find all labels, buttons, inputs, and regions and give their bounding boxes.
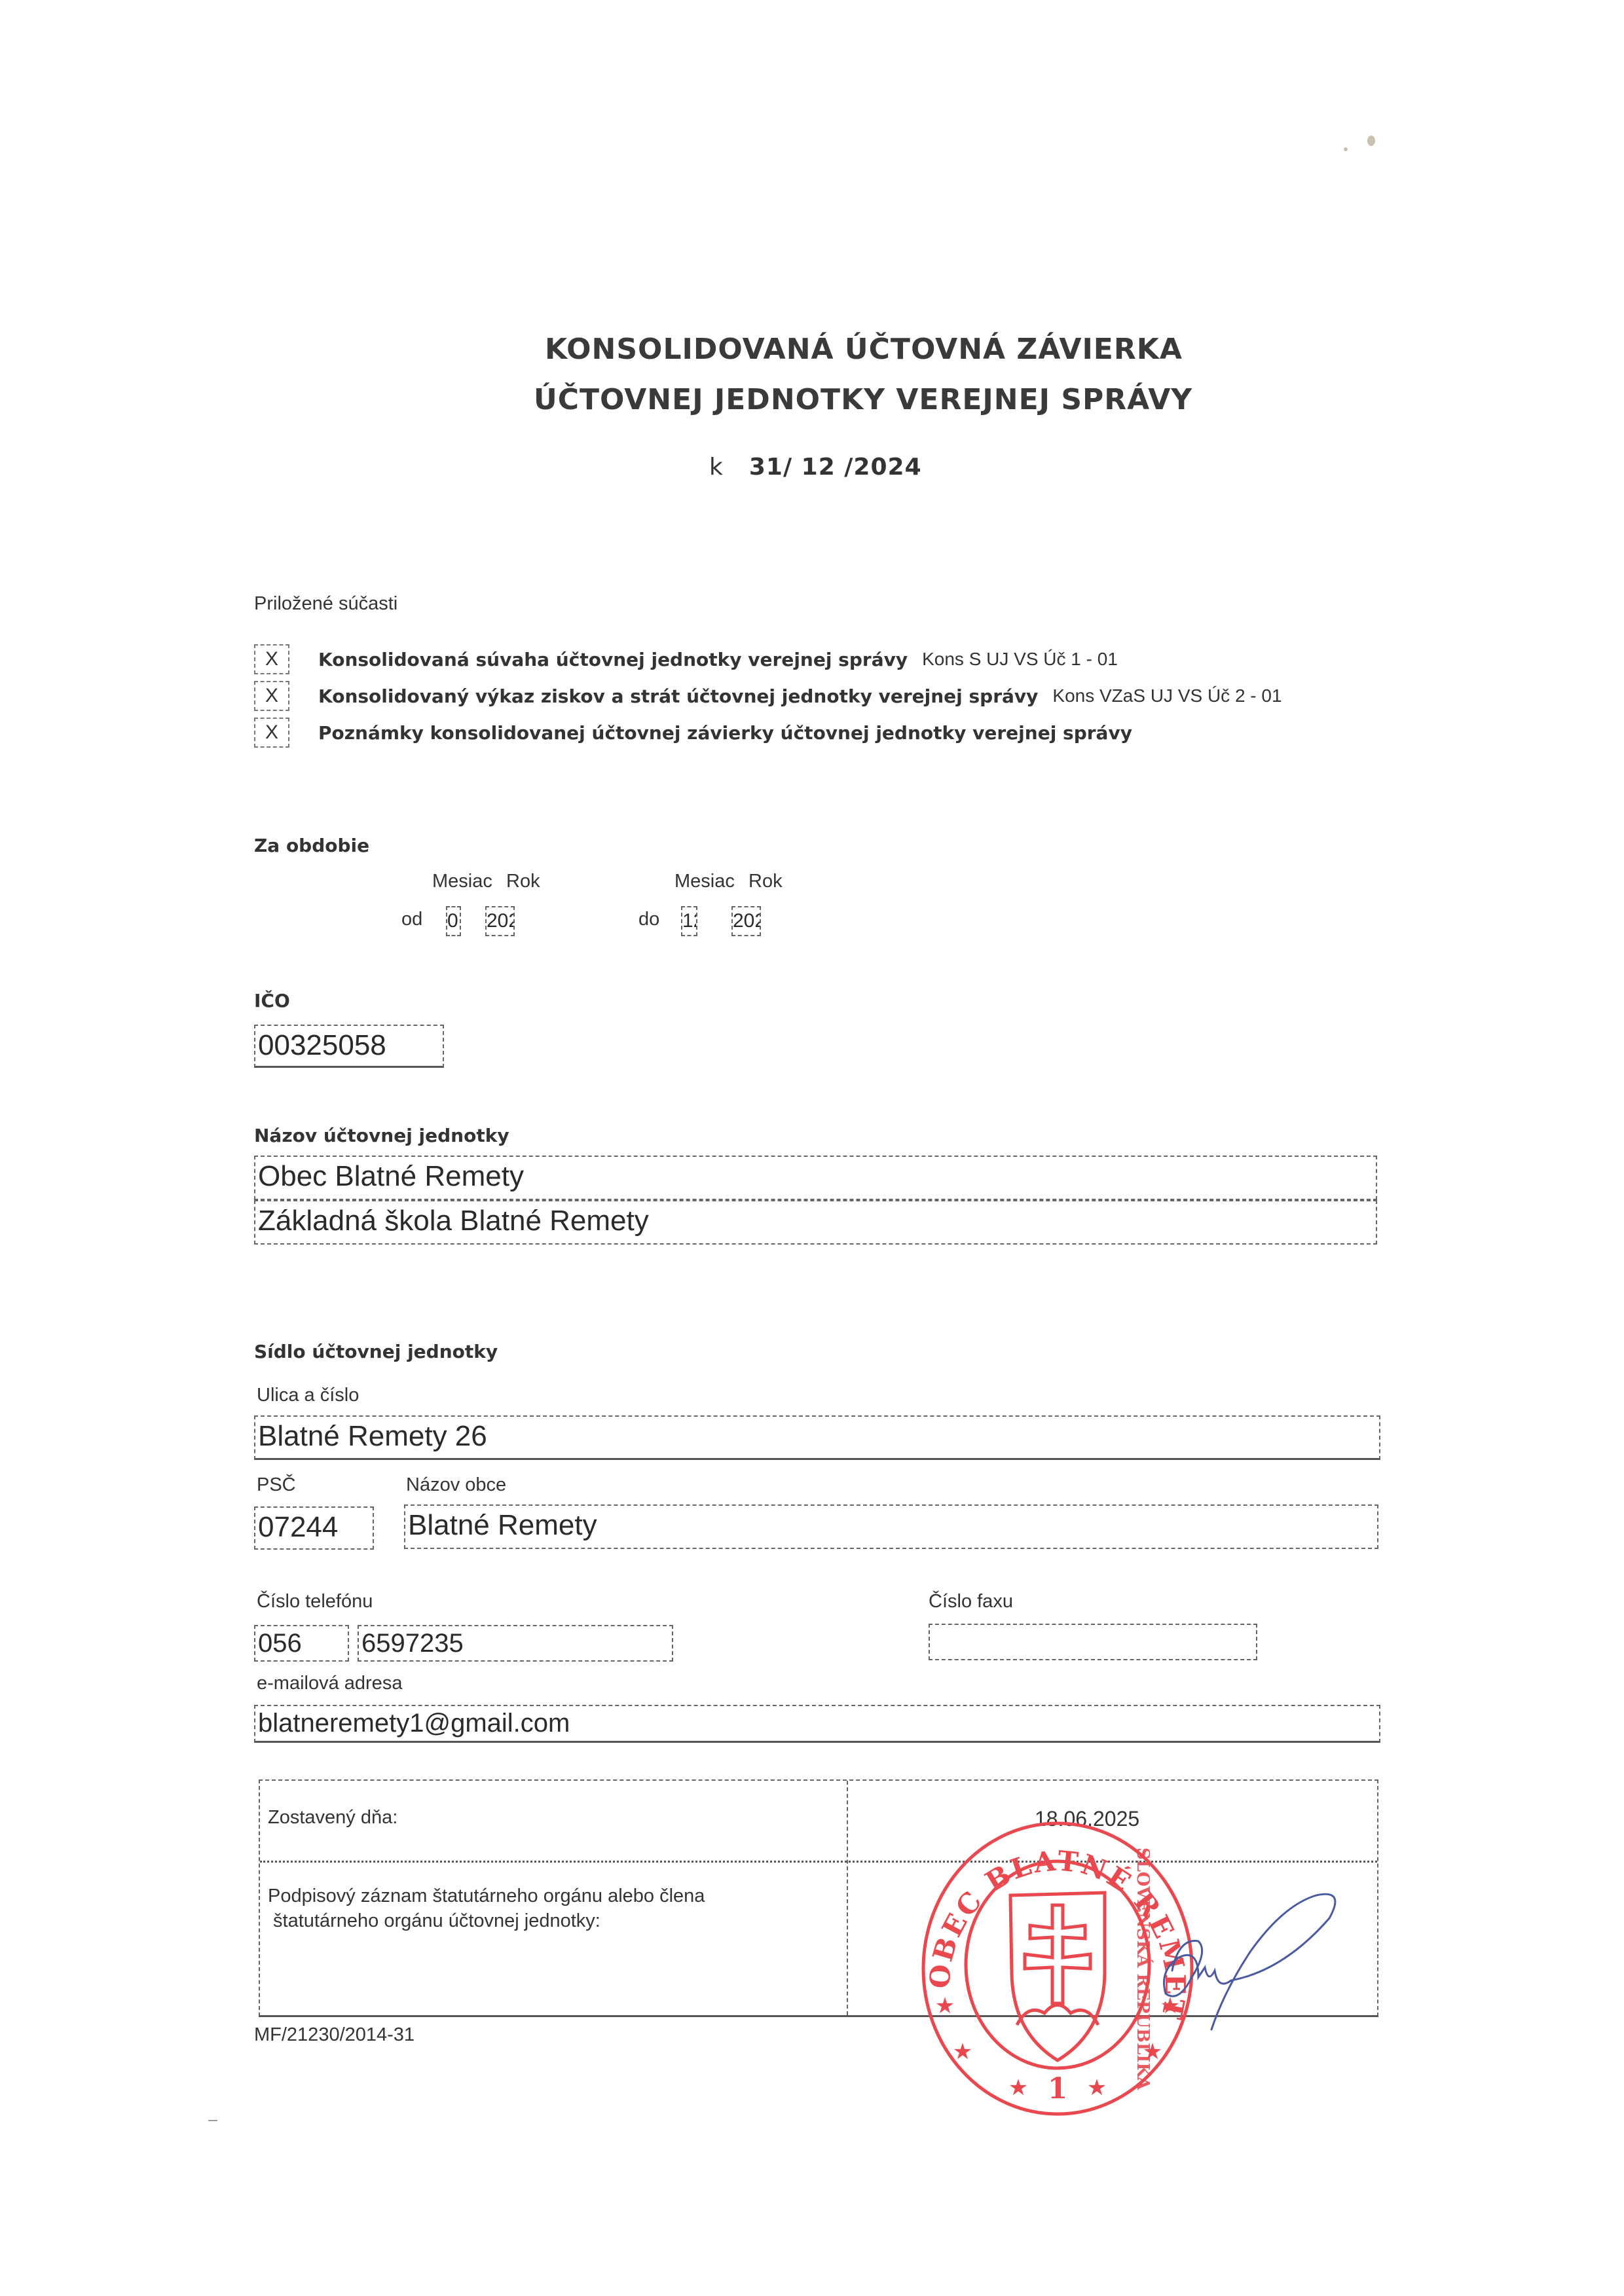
form-reference: MF/21230/2014-31 [254,2024,415,2046]
ico-label: IČO [254,990,290,1011]
document-title-line1: KONSOLIDOVANÁ ÚČTOVNÁ ZÁVIERKA [545,333,1183,366]
city-label: Názov obce [406,1474,506,1496]
from-month-header: Mesiac [432,871,492,892]
attachment-checkbox[interactable]: X [254,718,289,748]
attachment-title: Konsolidovaná súvaha účtovnej jednotky v… [318,649,908,670]
attachment-code: Kons S UJ VS Úč 1 - 01 [922,649,1118,670]
attachment-code: Kons VZaS UJ VS Úč 2 - 01 [1052,685,1282,706]
from-year-header: Rok [506,871,540,892]
address-label: Sídlo účtovnej jednotky [254,1341,498,1362]
svg-text:★: ★ [1143,2039,1162,2065]
attachment-row: X Poznámky konsolidovanej účtovnej závie… [254,718,1147,748]
report-date-line: k31/ 12 /2024 [709,454,922,481]
report-date: 31/ 12 /2024 [749,454,922,481]
ico-field[interactable]: 00325058 [254,1025,444,1068]
street-label: Ulica a číslo [257,1385,359,1406]
phone-label: Číslo telefónu [257,1591,373,1613]
entity-name-label: Názov účtovnej jednotky [254,1125,509,1146]
scan-speck [1367,136,1375,146]
svg-text:★: ★ [1087,2075,1107,2101]
handwritten-signature-icon [1153,1879,1349,2043]
attachment-row: X Konsolidovaný výkaz ziskov a strát účt… [254,681,1282,711]
email-label: e-mailová adresa [257,1673,402,1694]
svg-text:★: ★ [1008,2075,1028,2101]
to-year-header: Rok [748,871,783,892]
city-field[interactable]: Blatné Remety [404,1504,1378,1549]
fax-field[interactable] [929,1624,1257,1660]
from-label: od [401,909,422,930]
attachment-checkbox[interactable]: X [254,681,289,711]
email-field[interactable]: blatneremety1@gmail.com [254,1705,1380,1743]
scan-speck [1344,147,1348,151]
svg-text:★: ★ [935,1993,955,2019]
attachment-title: Poznámky konsolidovanej účtovnej závierk… [318,722,1132,744]
attachments-label: Priložené súčasti [254,593,397,615]
street-field[interactable]: Blatné Remety 26 [254,1415,1380,1460]
signature-table-row-divider [260,1861,1377,1863]
signature-label-line2: štatutárneho orgánu účtovnej jednotky: [268,1910,600,1932]
to-year-field[interactable]: 2024 [731,906,761,936]
signature-table-divider [847,1781,848,2015]
entity-name-line1-field[interactable]: Obec Blatné Remety [254,1156,1377,1200]
period-label: Za obdobie [254,835,369,856]
to-month-field[interactable]: 12 [681,906,697,936]
to-label: do [638,909,659,930]
attachment-title: Konsolidovaný výkaz ziskov a strát účtov… [318,685,1038,707]
scan-mark [208,2120,217,2121]
stamp-number: 1 [1048,2072,1068,2105]
psc-label: PSČ [257,1474,296,1496]
from-month-field[interactable]: 01 [446,906,461,936]
attachment-checkbox[interactable]: X [254,644,289,674]
report-date-prefix: k [709,454,723,481]
psc-field[interactable]: 07244 [254,1506,374,1550]
fax-label: Číslo faxu [929,1591,1013,1613]
signature-label-line1: Podpisový záznam štatutárneho orgánu ale… [268,1886,705,1907]
to-month-header: Mesiac [674,871,735,892]
compiled-date-label: Zostavený dňa: [268,1807,397,1829]
phone-prefix-field[interactable]: 056 [254,1625,349,1662]
attachment-row: X Konsolidovaná súvaha účtovnej jednotky… [254,644,1118,674]
svg-text:★: ★ [953,2039,972,2065]
document-title-line2: ÚČTOVNEJ JEDNOTKY VEREJNEJ SPRÁVY [534,383,1192,416]
phone-number-field[interactable]: 6597235 [358,1625,673,1662]
from-year-field[interactable]: 2024 [485,906,515,936]
entity-name-line2-field[interactable]: Základná škola Blatné Remety [254,1200,1377,1245]
